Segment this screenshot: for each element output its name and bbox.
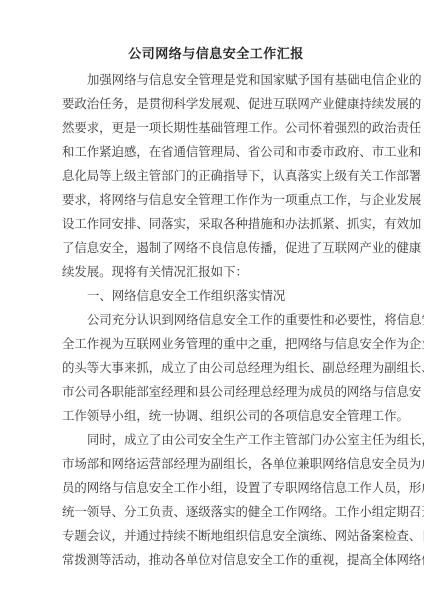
text-line: 然要求，更是一项长期性基础管理工作。公司怀着强烈的政治责任 感 xyxy=(62,116,370,140)
text-line: 专题会议，并通过持续不断地组织信息安全演练、网站备案检查、日 xyxy=(62,524,370,548)
text-line: 同时，成立了由公司安全生产工作主管部门办公室主任为组长， xyxy=(62,428,370,452)
text-line: 常拨测等活动，推动各单位对信息安全工作的重视，提高全体网络信 xyxy=(62,548,370,572)
text-line: 的头等大事来抓，成立了由公司总经理为组长、副总经理为副组长、 xyxy=(62,356,370,380)
text-line: 统一领导、分工负责、逐级落实的健全工作网络。工作小组定期召开 xyxy=(62,500,370,524)
paragraph-organization: 公司充分认识到网络信息安全工作的重要性和必要性，将信息安 全工作视为互联网业务管… xyxy=(62,308,370,428)
text-line: 续发展。现将有关情况汇报如下： xyxy=(62,260,370,284)
text-line: 要求，将网络与信息安全管理工作作为一项重点工作，与企业发展 建 xyxy=(62,188,370,212)
text-line: 市公司各职能部室经理和县公司经理总经理为成员的网络与信息安 全 xyxy=(62,380,370,404)
text-line: 了信息安全，遏制了网络不良信息传播，促进了互联网产业的健康 持 xyxy=(62,236,370,260)
text-line: 公司充分认识到网络信息安全工作的重要性和必要性，将信息安 xyxy=(62,308,370,332)
section-heading: 一、网络信息安全工作组织落实情况 xyxy=(62,284,370,308)
document-title: 公司网络与信息安全工作汇报 xyxy=(62,44,370,66)
text-line: 加强网络与信息安全管理是党和国家赋予国有基础电信企业的 重 xyxy=(62,68,370,92)
paragraph-intro: 加强网络与信息安全管理是党和国家赋予国有基础电信企业的 重 要政治任务，是贯彻科… xyxy=(62,68,370,284)
text-line: 和工作紧迫感，在省通信管理局、省公司和市委市政府、市工业和 信 xyxy=(62,140,370,164)
text-line: 市场部和网络运营部经理为副组长，各单位兼职网络信息安全员为成 xyxy=(62,452,370,476)
text-line: 设工作同安排、同落实，采取各种措施和办法抓紧、抓实，有效加 强 xyxy=(62,212,370,236)
text-line: 工作领导小组，统一协调、组织公司的各项信息安全管理工作。 xyxy=(62,404,370,428)
text-line: 全工作视为互联网业务管理的重中之重，把网络与信息安全作为企业 xyxy=(62,332,370,356)
text-line: 息化局等上级主管部门的正确指导下，认真落实上级有关工作部署 和 xyxy=(62,164,370,188)
paragraph-working-group: 同时，成立了由公司安全生产工作主管部门办公室主任为组长， 市场部和网络运营部经理… xyxy=(62,428,370,572)
text-line: 员的网络与信息安全工作小组，设置了专职网络信息工作人员，形成 xyxy=(62,476,370,500)
text-line: 要政治任务，是贯彻科学发展观、促进互联网产业健康持续发展的 必 xyxy=(62,92,370,116)
document-page: 公司网络与信息安全工作汇报 加强网络与信息安全管理是党和国家赋予国有基础电信企业… xyxy=(62,44,370,572)
